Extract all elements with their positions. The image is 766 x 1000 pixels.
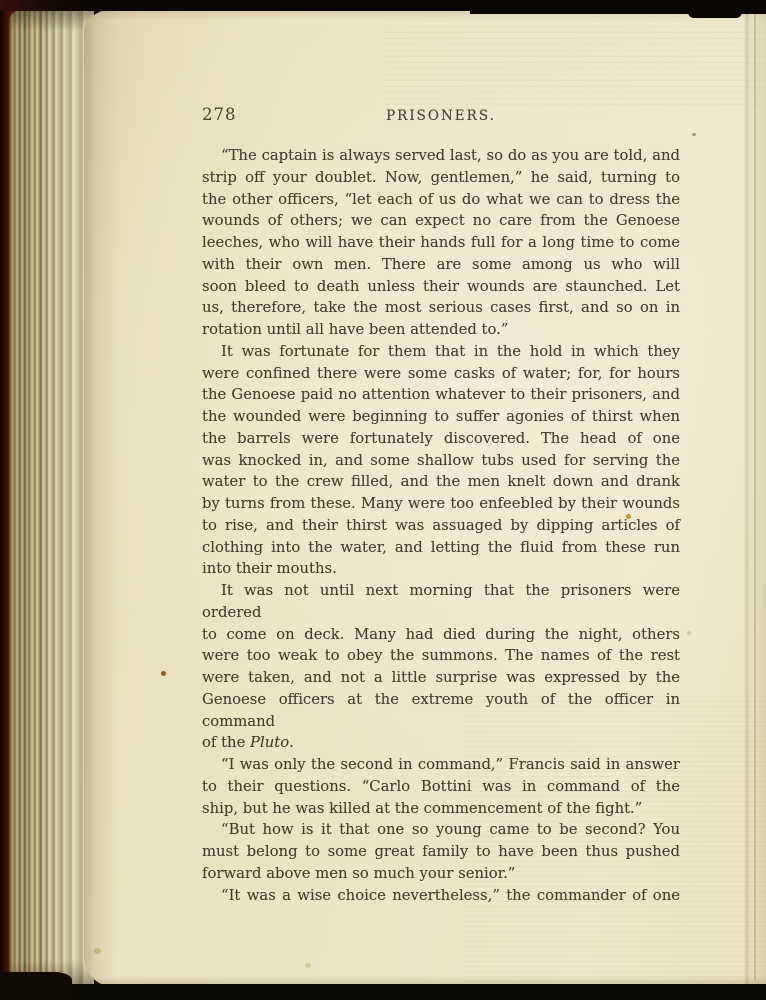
foxing-spot	[687, 631, 691, 635]
text-line: leeches, who will have their hands full …	[202, 232, 680, 254]
text-line: the wounded were beginning to suffer ago…	[202, 406, 680, 428]
text-line: to come on deck. Many had died during th…	[202, 624, 680, 646]
text-line: into their mouths.	[202, 558, 680, 580]
paragraph: “The captain is always served last, so d…	[202, 145, 680, 341]
paragraph: It was fortunate for them that in the ho…	[202, 341, 680, 580]
text-line: by turns from these. Many were too enfee…	[202, 493, 680, 515]
foxing-spot	[94, 948, 101, 954]
text-line: “The captain is always served last, so d…	[202, 145, 680, 167]
text-line: us, therefore, take the most serious cas…	[202, 297, 680, 319]
text-line: the other officers, “let each of us do w…	[202, 189, 680, 211]
text-line: with their own men. There are some among…	[202, 254, 680, 276]
photo-background-bottom	[0, 984, 766, 1000]
text-line: “It was a wise choice nevertheless,” the…	[202, 885, 680, 907]
text-block: “The captain is always served last, so d…	[202, 145, 680, 906]
text-line: It was not until next morning that the p…	[202, 580, 680, 624]
text-line: soon bleed to death unless their wounds …	[202, 276, 680, 298]
text-line: the barrels were fortunately discovered.…	[202, 428, 680, 450]
paragraph: “It was a wise choice nevertheless,” the…	[202, 885, 680, 907]
scanned-book-photo: 278 PRISONERS. “The captain is always se…	[0, 0, 766, 1000]
text-line: wounds of others; we can expect no care …	[202, 210, 680, 232]
photo-background-bottom	[0, 972, 72, 1000]
paragraph: It was not until next morning that the p…	[202, 580, 680, 754]
text-line: strip off your doublet. Now, gentlemen,”…	[202, 167, 680, 189]
foxing-spot	[161, 671, 166, 676]
paragraph: “I was only the second in command,” Fran…	[202, 754, 680, 819]
text-line: water to the crew filled, and the men kn…	[202, 471, 680, 493]
paper-texture-streaks	[384, 20, 766, 110]
photo-background-top	[688, 0, 742, 18]
text-line: were taken, and not a little surprise wa…	[202, 667, 680, 689]
text-line: must belong to some great family to have…	[202, 841, 680, 863]
text-line: to their questions. “Carlo Bottini was i…	[202, 776, 680, 798]
text-line: ship, but he was killed at the commencem…	[202, 798, 680, 820]
text-line: to rise, and their thirst was assuaged b…	[202, 515, 680, 537]
text-line: the Genoese paid no attention whatever t…	[202, 384, 680, 406]
text-line: of the Pluto.	[202, 732, 680, 754]
ink-fleck	[692, 133, 696, 136]
foxing-spot	[626, 514, 631, 519]
text-line: were confined there were some casks of w…	[202, 363, 680, 385]
foxing-spot	[305, 963, 311, 968]
paragraph: “But how is it that one so young came to…	[202, 819, 680, 884]
text-line: was knocked in, and some shallow tubs us…	[202, 450, 680, 472]
page-edge-stack	[8, 5, 94, 990]
text-line: were too weak to obey the summons. The n…	[202, 645, 680, 667]
text-line: “I was only the second in command,” Fran…	[202, 754, 680, 776]
text-line: forward above men so much your senior.”	[202, 863, 680, 885]
text-line: Genoese officers at the extreme youth of…	[202, 689, 680, 733]
text-line: “But how is it that one so young came to…	[202, 819, 680, 841]
text-line: It was fortunate for them that in the ho…	[202, 341, 680, 363]
page-right-edge-line	[754, 12, 756, 980]
text-line: rotation until all have been attended to…	[202, 319, 680, 341]
text-line: clothing into the water, and letting the…	[202, 537, 680, 559]
italic-ship-name: Pluto	[250, 734, 289, 751]
running-header: PRISONERS.	[202, 108, 680, 124]
